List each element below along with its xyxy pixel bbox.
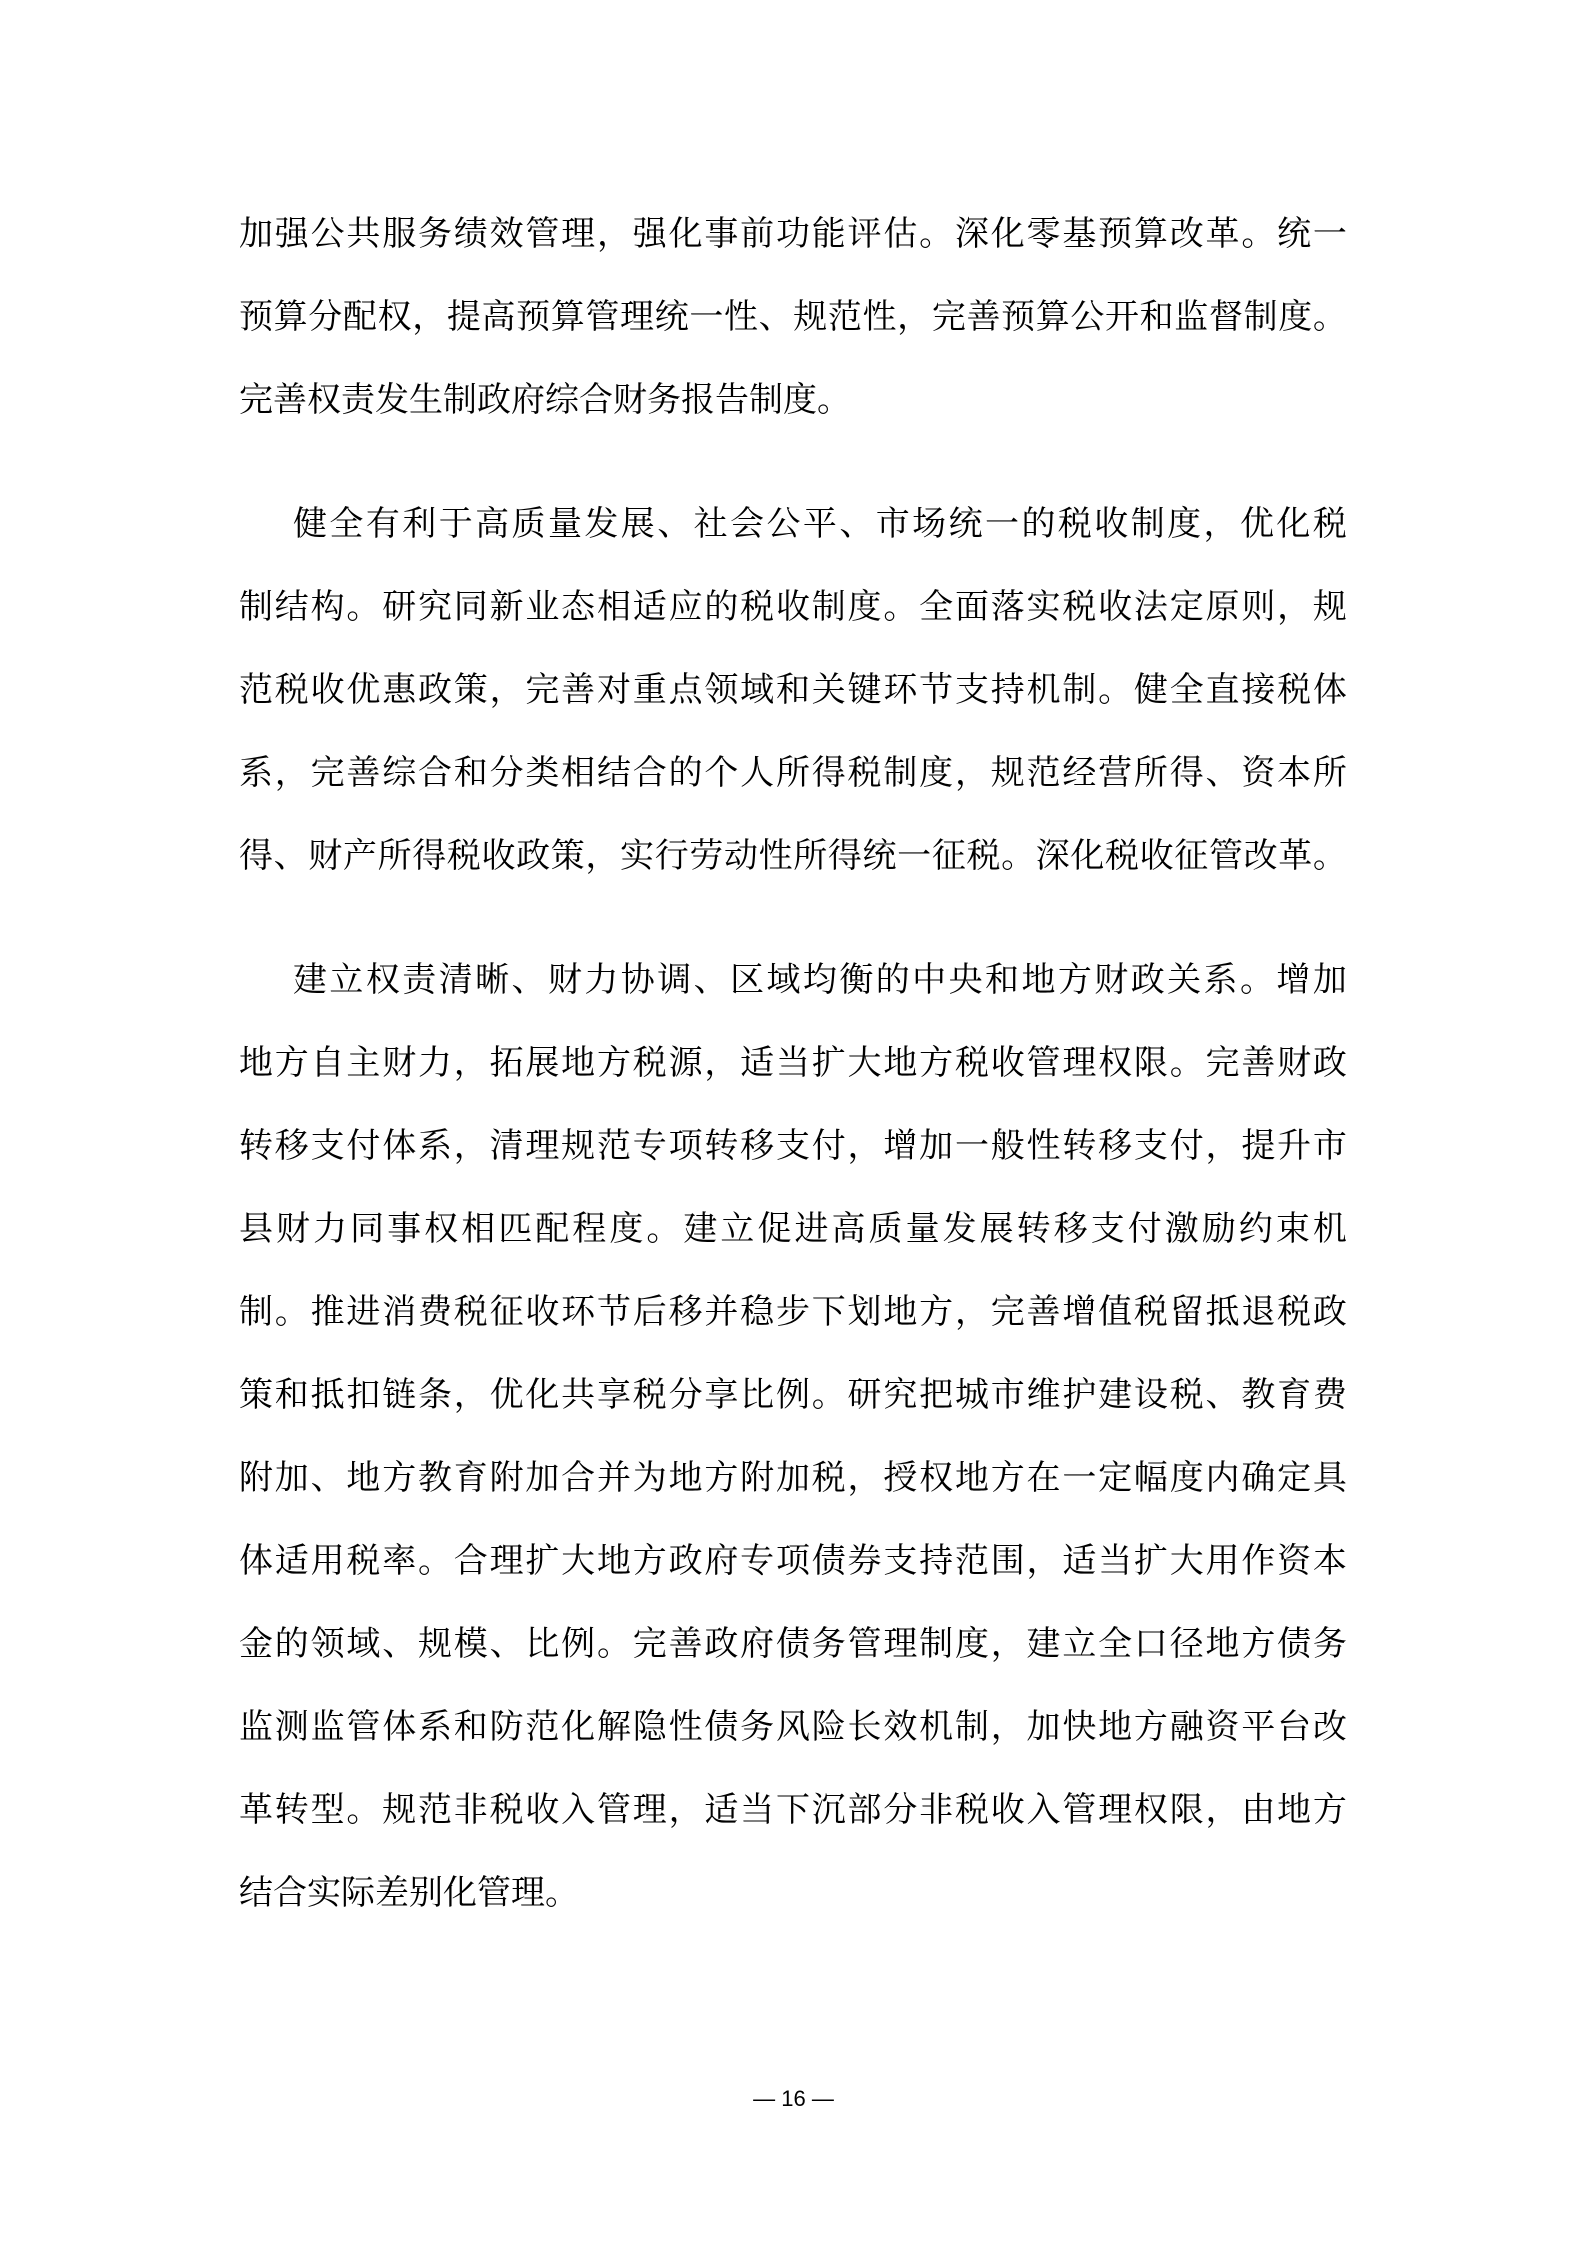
page-footer: — 16 — (0, 2086, 1587, 2112)
text-line: 金的领域、规模、比例。完善政府债务管理制度，建立全口径地方债务 (239, 1603, 1347, 1686)
text-line: 加强公共服务绩效管理，强化事前功能评估。深化零基预算改革。统一 (239, 193, 1347, 276)
text-line: 建立权责清晰、财力协调、区域均衡的中央和地方财政关系。增加 (239, 939, 1347, 1022)
paragraph: 健全有利于高质量发展、社会公平、市场统一的税收制度，优化税制结构。研究同新业态相… (239, 483, 1347, 898)
text-line: 策和抵扣链条，优化共享税分享比例。研究把城市维护建设税、教育费 (239, 1354, 1347, 1437)
text-line: 监测监管体系和防范化解隐性债务风险长效机制，加快地方融资平台改 (239, 1686, 1347, 1769)
text-line: 得、财产所得税收政策，实行劳动性所得统一征税。深化税收征管改革。 (239, 815, 1347, 898)
text-line: 完善权责发生制政府综合财务报告制度。 (239, 359, 1347, 442)
document-body: 加强公共服务绩效管理，强化事前功能评估。深化零基预算改革。统一预算分配权，提高预… (239, 193, 1347, 1935)
text-line: 体适用税率。合理扩大地方政府专项债券支持范围，适当扩大用作资本 (239, 1520, 1347, 1603)
text-line: 制。推进消费税征收环节后移并稳步下划地方，完善增值税留抵退税政 (239, 1271, 1347, 1354)
page-number: — 16 — (753, 2086, 834, 2111)
text-line: 附加、地方教育附加合并为地方附加税，授权地方在一定幅度内确定具 (239, 1437, 1347, 1520)
text-line: 县财力同事权相匹配程度。建立促进高质量发展转移支付激励约束机 (239, 1188, 1347, 1271)
paragraph: 建立权责清晰、财力协调、区域均衡的中央和地方财政关系。增加地方自主财力，拓展地方… (239, 939, 1347, 1935)
text-line: 转移支付体系，清理规范专项转移支付，增加一般性转移支付，提升市 (239, 1105, 1347, 1188)
text-line: 地方自主财力，拓展地方税源，适当扩大地方税收管理权限。完善财政 (239, 1022, 1347, 1105)
text-line: 结合实际差别化管理。 (239, 1852, 1347, 1935)
text-line: 系，完善综合和分类相结合的个人所得税制度，规范经营所得、资本所 (239, 732, 1347, 815)
document-page: 加强公共服务绩效管理，强化事前功能评估。深化零基预算改革。统一预算分配权，提高预… (0, 0, 1587, 2245)
text-line: 革转型。规范非税收入管理，适当下沉部分非税收入管理权限，由地方 (239, 1769, 1347, 1852)
text-line: 制结构。研究同新业态相适应的税收制度。全面落实税收法定原则，规 (239, 566, 1347, 649)
text-line: 预算分配权，提高预算管理统一性、规范性，完善预算公开和监督制度。 (239, 276, 1347, 359)
text-line: 范税收优惠政策，完善对重点领域和关键环节支持机制。健全直接税体 (239, 649, 1347, 732)
text-line: 健全有利于高质量发展、社会公平、市场统一的税收制度，优化税 (239, 483, 1347, 566)
paragraph: 加强公共服务绩效管理，强化事前功能评估。深化零基预算改革。统一预算分配权，提高预… (239, 193, 1347, 442)
